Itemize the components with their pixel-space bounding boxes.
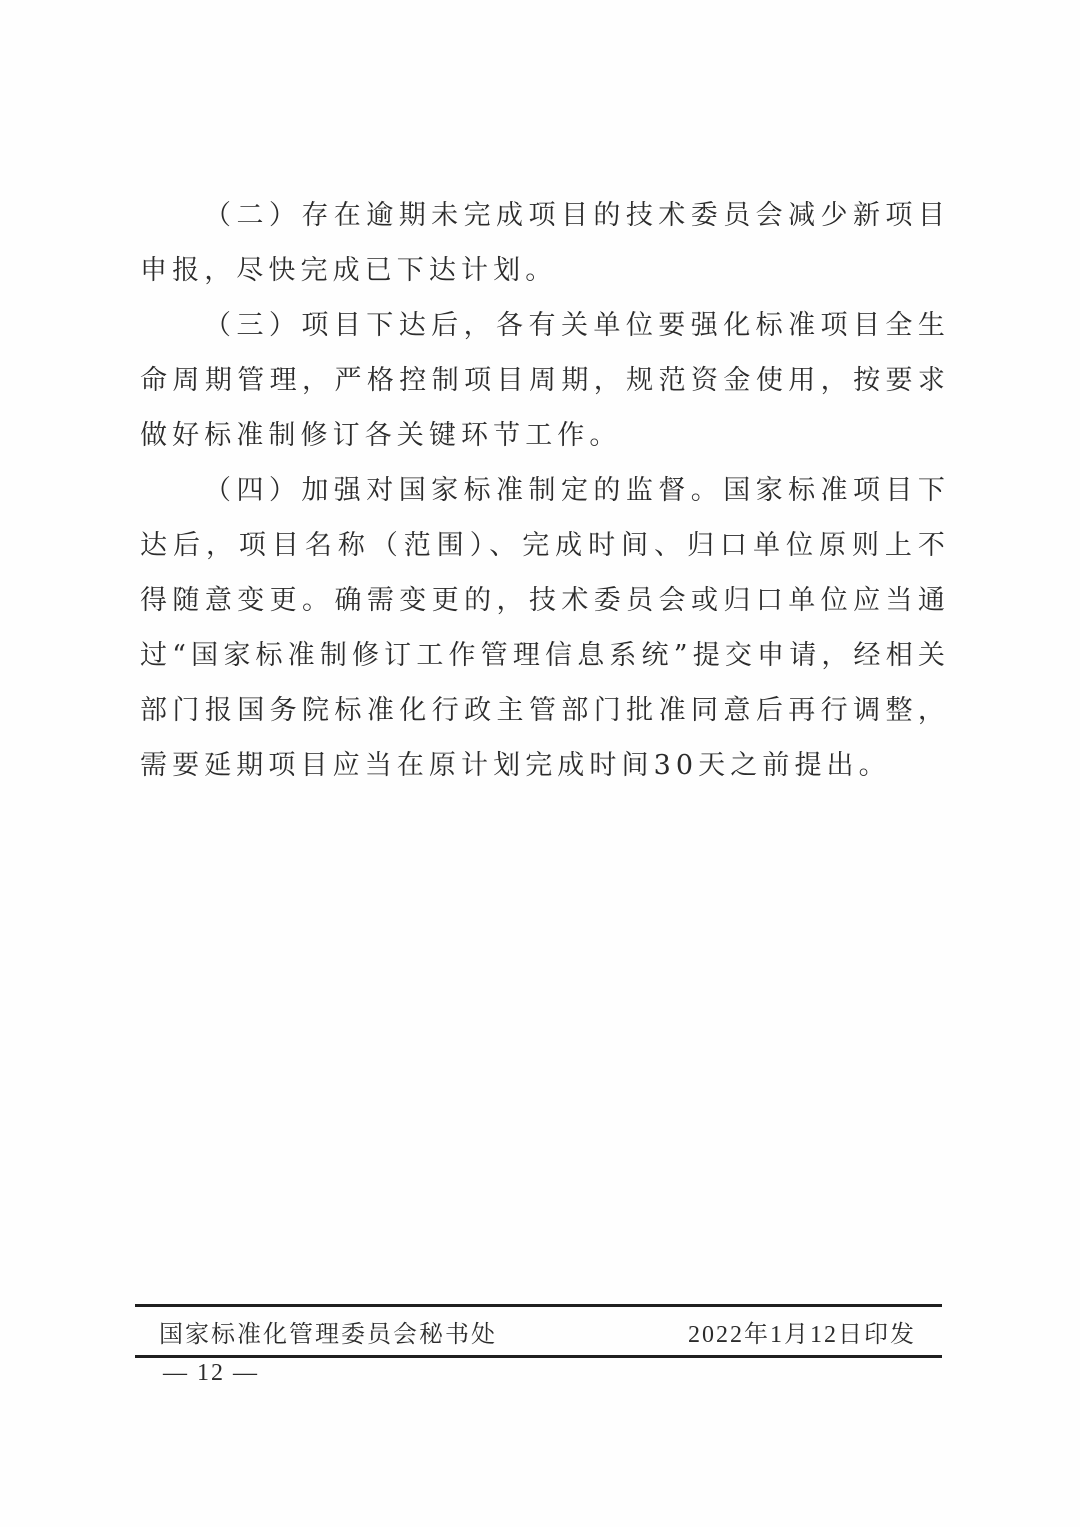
paragraph-item-2: （二）存在逾期未完成项目的技术委员会减少新项目申报，尽快完成已下达计划。: [140, 188, 950, 298]
footer-bottom-rule: [135, 1355, 942, 1358]
paragraph-item-3: （三）项目下达后，各有关单位要强化标准项目全生命周期管理，严格控制项目周期，规范…: [140, 298, 950, 463]
paragraph-item-4: （四）加强对国家标准制定的监督。国家标准项目下达后，项目名称（范围）、完成时间、…: [140, 463, 950, 793]
footer-row: 国家标准化管理委员会秘书处 2022年1月12日印发: [135, 1307, 942, 1355]
issuer-name: 国家标准化管理委员会秘书处: [159, 1314, 497, 1349]
document-page: （二）存在逾期未完成项目的技术委员会减少新项目申报，尽快完成已下达计划。 （三）…: [0, 0, 1080, 1527]
issuance-footer: 国家标准化管理委员会秘书处 2022年1月12日印发: [135, 1304, 942, 1358]
document-body: （二）存在逾期未完成项目的技术委员会减少新项目申报，尽快完成已下达计划。 （三）…: [140, 188, 950, 793]
page-number: — 12 —: [163, 1360, 259, 1387]
issue-date: 2022年1月12日印发: [688, 1314, 916, 1349]
